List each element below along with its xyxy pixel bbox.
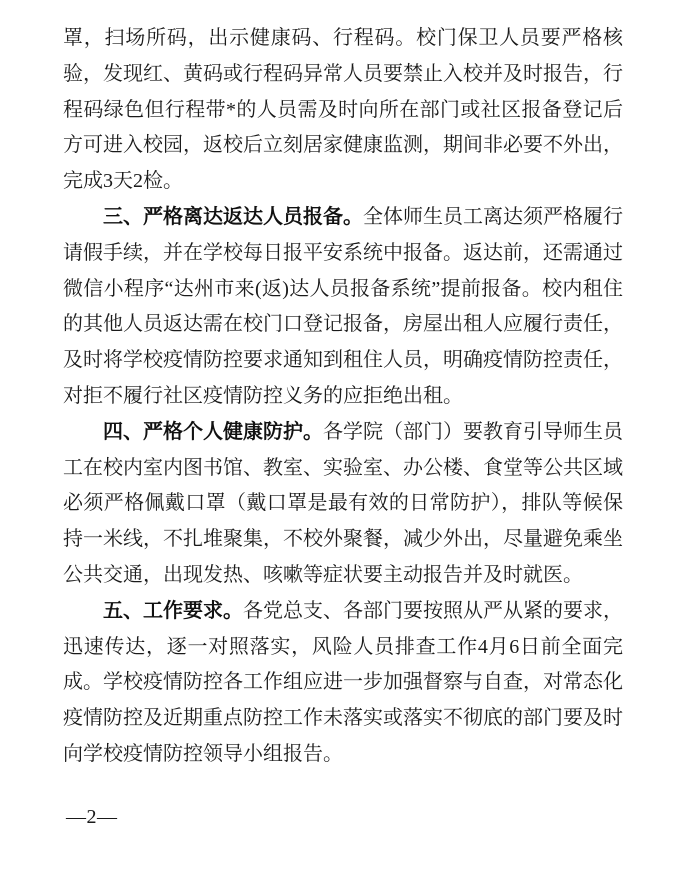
section-heading: 四、严格个人健康防护。: [103, 421, 323, 443]
paragraph-section-5: 五、工作要求。各党总支、各部门要按照从严从紧的要求，迅速传达，逐一对照落实，风险…: [63, 594, 623, 773]
paragraph-text: 罩，扫场所码，出示健康码、行程码。校门保卫人员要严格核验，发现红、黄码或行程码异…: [63, 27, 623, 192]
paragraph-text: 各党总支、各部门要按照从严从紧的要求，迅速传达，逐一对照落实，风险人员排查工作4…: [63, 600, 623, 765]
page-number: —2—: [66, 805, 118, 829]
section-heading: 五、工作要求。: [103, 600, 243, 622]
document-body: 罩，扫场所码，出示健康码、行程码。校门保卫人员要严格核验，发现红、黄码或行程码异…: [63, 21, 623, 773]
document-page: 罩，扫场所码，出示健康码、行程码。校门保卫人员要严格核验，发现红、黄码或行程码异…: [0, 0, 675, 879]
section-heading: 三、严格离达返达人员报备。: [103, 206, 363, 228]
paragraph-continuation: 罩，扫场所码，出示健康码、行程码。校门保卫人员要严格核验，发现红、黄码或行程码异…: [63, 21, 623, 200]
paragraph-section-4: 四、严格个人健康防护。各学院（部门）要教育引导师生员工在校内室内图书馆、教室、实…: [63, 415, 623, 594]
paragraph-text: 各学院（部门）要教育引导师生员工在校内室内图书馆、教室、实验室、办公楼、食堂等公…: [63, 421, 623, 586]
paragraph-text: 全体师生员工离达须严格履行请假手续，并在学校每日报平安系统中报备。返达前，还需通…: [63, 206, 623, 407]
paragraph-section-3: 三、严格离达返达人员报备。全体师生员工离达须严格履行请假手续，并在学校每日报平安…: [63, 200, 623, 415]
